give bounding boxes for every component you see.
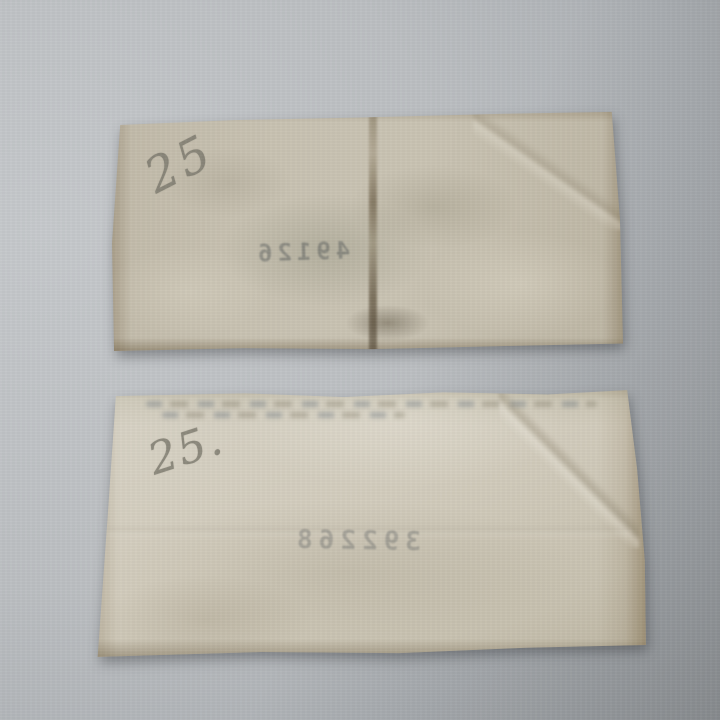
- photo-backdrop: 25 49126 25. 392268: [0, 0, 720, 720]
- pencil-annotation-bottom: 25.: [142, 414, 230, 486]
- serial-stamp-showthrough-bottom: 392268: [291, 525, 421, 557]
- corner-crease-top-right: [473, 110, 623, 230]
- banknote-top: 25 49126: [111, 110, 623, 352]
- corner-crease-top-right: [499, 388, 639, 548]
- faint-print-showthrough-line2: [162, 412, 404, 418]
- banknote-bottom: 25. 392268: [96, 388, 647, 658]
- banknote-bottom-paper: 25. 392268: [96, 388, 647, 658]
- fold-crease-vertical: [369, 110, 377, 352]
- banknote-top-paper: 25 49126: [111, 110, 623, 352]
- serial-stamp-showthrough-top: 49126: [253, 236, 351, 267]
- pencil-annotation-top: 25: [136, 123, 223, 204]
